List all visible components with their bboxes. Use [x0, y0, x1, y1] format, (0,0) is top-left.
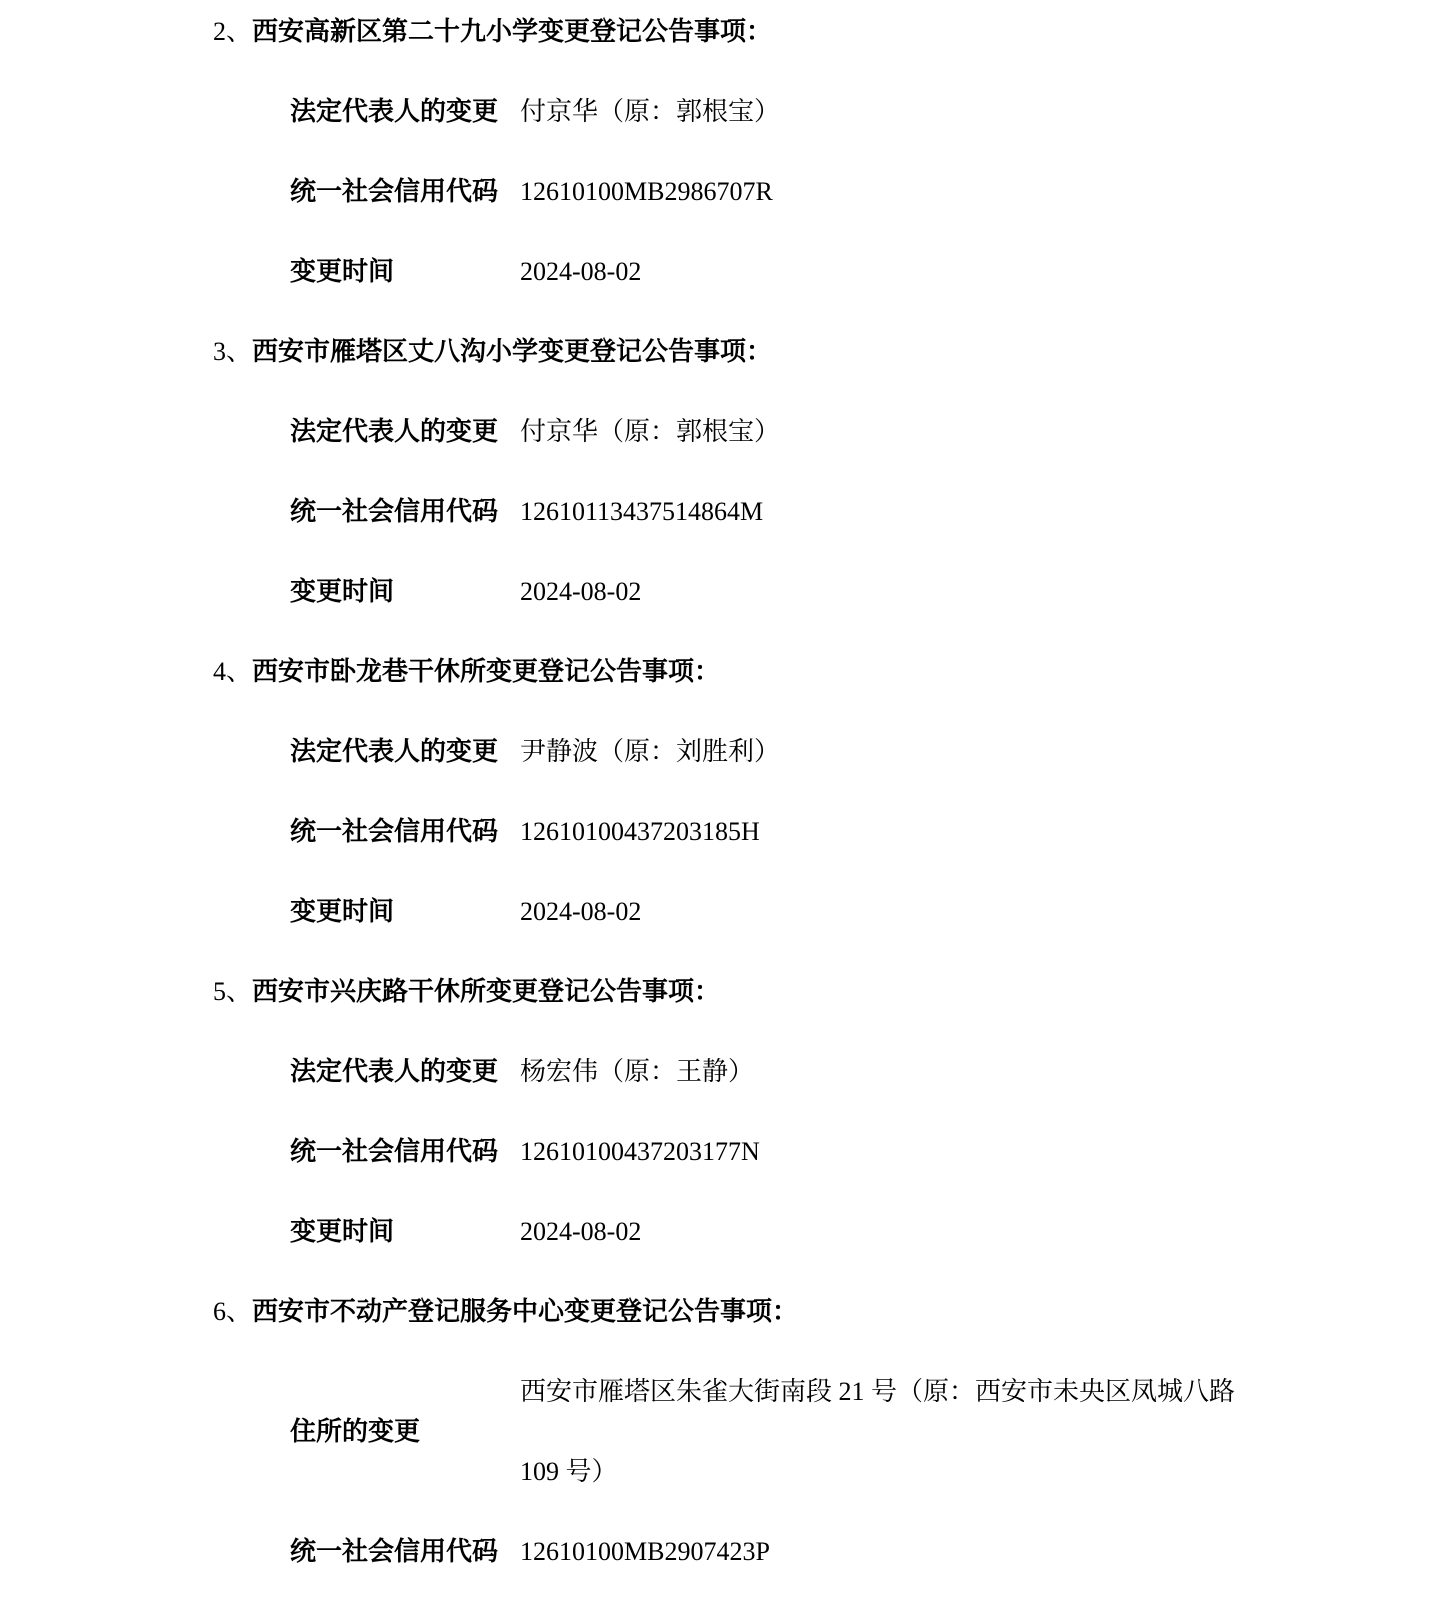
field-label: 住所的变更	[290, 1392, 520, 1472]
field-value: 2024-08-02	[520, 552, 1240, 632]
announcement-section: 2、西安高新区第二十九小学变更登记公告事项： 法定代表人的变更 付京华（原：郭根…	[0, 0, 1444, 312]
section-title: 西安市不动产登记服务中心变更登记公告事项：	[252, 1297, 798, 1326]
field-label: 变更时间	[290, 552, 520, 632]
field-value: 杨宏伟（原：王静）	[520, 1032, 1240, 1112]
field-label: 变更时间	[290, 1192, 520, 1272]
field-label: 法定代表人的变更	[290, 712, 520, 792]
section-number: 6、	[213, 1297, 252, 1326]
field-row: 统一社会信用代码 12610100437203177N	[290, 1112, 1444, 1192]
field-value: 付京华（原：郭根宝）	[520, 392, 1240, 472]
section-number: 5、	[213, 977, 252, 1006]
announcement-section: 5、西安市兴庆路干休所变更登记公告事项： 法定代表人的变更 杨宏伟（原：王静） …	[0, 952, 1444, 1272]
field-label: 法定代表人的变更	[290, 1032, 520, 1112]
field-row: 变更时间 2024-08-02	[290, 1192, 1444, 1272]
field-value: 2024-08-02	[520, 872, 1240, 952]
section-heading: 5、西安市兴庆路干休所变更登记公告事项：	[213, 952, 1444, 1032]
field-value: 12610100MB2986707R	[520, 152, 1240, 232]
field-label: 法定代表人的变更	[290, 392, 520, 472]
field-label: 统一社会信用代码	[290, 472, 520, 552]
field-value: 西安市雁塔区朱雀大街南段 21 号（原：西安市未央区凤城八路 109 号）	[520, 1352, 1240, 1512]
field-value: 尹静波（原：刘胜利）	[520, 712, 1240, 792]
field-label: 统一社会信用代码	[290, 1512, 520, 1592]
section-title: 西安市雁塔区丈八沟小学变更登记公告事项：	[252, 337, 772, 366]
field-value: 12610113437514864M	[520, 472, 1240, 552]
field-label: 统一社会信用代码	[290, 1112, 520, 1192]
field-label: 变更时间	[290, 232, 520, 312]
field-value: 12610100437203185H	[520, 792, 1240, 872]
field-label: 变更时间	[290, 872, 520, 952]
field-row: 法定代表人的变更 付京华（原：郭根宝）	[290, 392, 1444, 472]
field-label: 统一社会信用代码	[290, 792, 520, 872]
field-row: 住所的变更 西安市雁塔区朱雀大街南段 21 号（原：西安市未央区凤城八路 109…	[290, 1352, 1444, 1512]
field-row: 法定代表人的变更 杨宏伟（原：王静）	[290, 1032, 1444, 1112]
field-value: 2024-08-02	[520, 1192, 1240, 1272]
section-title: 西安高新区第二十九小学变更登记公告事项：	[252, 17, 772, 46]
section-number: 2、	[213, 17, 252, 46]
field-row: 统一社会信用代码 12610100MB2907423P	[290, 1512, 1444, 1592]
section-number: 3、	[213, 337, 252, 366]
field-row: 变更时间 2024-08-02	[290, 232, 1444, 312]
field-value: 2024-08-02	[520, 232, 1240, 312]
section-title: 西安市兴庆路干休所变更登记公告事项：	[252, 977, 720, 1006]
field-value: 12610100MB2907423P	[520, 1512, 1240, 1592]
section-title: 西安市卧龙巷干休所变更登记公告事项：	[252, 657, 720, 686]
announcement-list: 2、西安高新区第二十九小学变更登记公告事项： 法定代表人的变更 付京华（原：郭根…	[0, 0, 1444, 1592]
field-value: 付京华（原：郭根宝）	[520, 72, 1240, 152]
section-heading: 6、西安市不动产登记服务中心变更登记公告事项：	[213, 1272, 1444, 1352]
field-row: 法定代表人的变更 尹静波（原：刘胜利）	[290, 712, 1444, 792]
section-heading: 2、西安高新区第二十九小学变更登记公告事项：	[213, 0, 1444, 72]
document-page: 2、西安高新区第二十九小学变更登记公告事项： 法定代表人的变更 付京华（原：郭根…	[0, 0, 1444, 1600]
section-heading: 3、西安市雁塔区丈八沟小学变更登记公告事项：	[213, 312, 1444, 392]
announcement-section: 3、西安市雁塔区丈八沟小学变更登记公告事项： 法定代表人的变更 付京华（原：郭根…	[0, 312, 1444, 632]
field-row: 变更时间 2024-08-02	[290, 552, 1444, 632]
field-row: 法定代表人的变更 付京华（原：郭根宝）	[290, 72, 1444, 152]
announcement-section: 6、西安市不动产登记服务中心变更登记公告事项： 住所的变更 西安市雁塔区朱雀大街…	[0, 1272, 1444, 1592]
field-label: 法定代表人的变更	[290, 72, 520, 152]
field-row: 统一社会信用代码 12610100437203185H	[290, 792, 1444, 872]
announcement-section: 4、西安市卧龙巷干休所变更登记公告事项： 法定代表人的变更 尹静波（原：刘胜利）…	[0, 632, 1444, 952]
field-row: 统一社会信用代码 12610113437514864M	[290, 472, 1444, 552]
section-heading: 4、西安市卧龙巷干休所变更登记公告事项：	[213, 632, 1444, 712]
field-row: 统一社会信用代码 12610100MB2986707R	[290, 152, 1444, 232]
field-value: 12610100437203177N	[520, 1112, 1240, 1192]
field-label: 统一社会信用代码	[290, 152, 520, 232]
field-row: 变更时间 2024-08-02	[290, 872, 1444, 952]
section-number: 4、	[213, 657, 252, 686]
